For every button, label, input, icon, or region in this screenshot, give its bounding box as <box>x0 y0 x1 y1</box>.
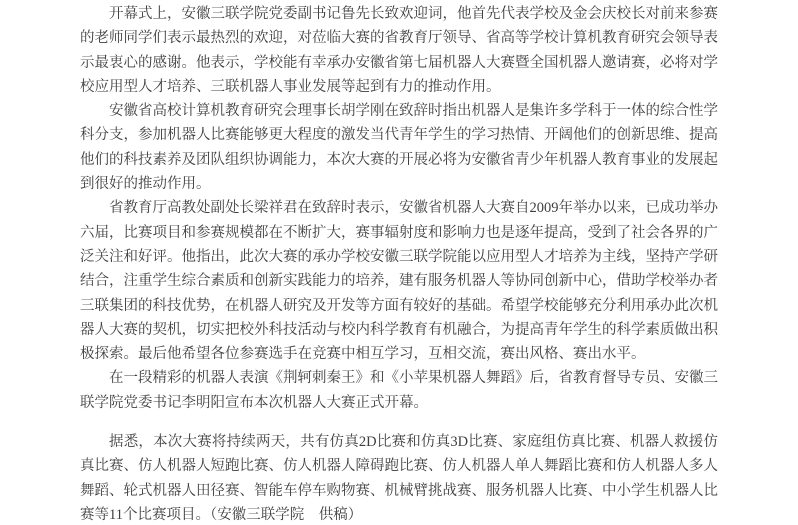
paragraph-opening-ceremony: 开幕式上，安徽三联学院党委副书记鲁先长致欢迎词，他首先代表学校及金会庆校长对前来… <box>80 2 718 99</box>
document-page: 开幕式上，安徽三联学院党委副书记鲁先长致欢迎词，他首先代表学校及金会庆校长对前来… <box>0 0 798 525</box>
paragraph-hu-xuegang-speech: 安徽省高校计算机教育研究会理事长胡学刚在致辞时指出机器人是集许多学科于一体的综合… <box>80 99 718 196</box>
paragraph-competition-events: 据悉，本次大赛将持续两天，共有仿真2D比赛和仿真3D比赛、家庭组仿真比赛、机器人… <box>80 430 718 525</box>
paragraph-performance-announcement: 在一段精彩的机器人表演《荆轲刺秦王》和《小苹果机器人舞蹈》后，省教育督导专员、安… <box>80 366 718 415</box>
paragraph-liang-xiangjun-speech: 省教育厅高教处副处长梁祥君在致辞时表示，安徽省机器人大赛自2009年举办以来，已… <box>80 196 718 366</box>
